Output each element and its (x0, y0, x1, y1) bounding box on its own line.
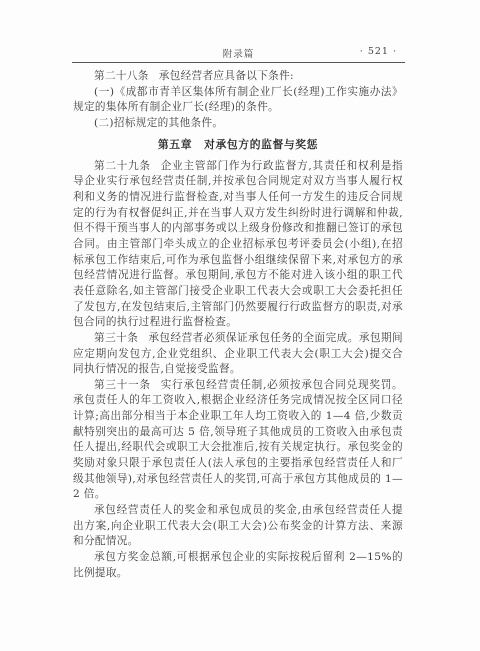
chapter-title: 对承包方的监督与奖惩 (204, 138, 318, 151)
header-rule (72, 62, 405, 63)
article-28-item-2: (二)招标规定的其他条件。 (73, 116, 403, 132)
article-label: 第三十一条 (94, 379, 151, 391)
article-label: 第三十条 (94, 332, 138, 344)
chapter-number: 第五章 (158, 138, 192, 151)
running-header: 附录篇 · 521 · (72, 44, 405, 60)
article-text: 实行承包经营责任制,必须按承包合同兑现奖罚。承包责任人的年工资收入,根据企业经济… (73, 379, 403, 501)
article-text: 企业主管部门作为行政监督方,其责任和权利是指导企业实行承包经营责任制,并按承包合… (73, 160, 403, 329)
article-28: 第二十八条承包经营者应具备以下条件: (73, 69, 403, 85)
article-label: 第二十八条 (94, 70, 149, 82)
article-text: 承包经营者应具备以下条件: (159, 70, 294, 82)
article-31: 第三十一条实行承包经营责任制,必须按承包合同兑现奖罚。承包责任人的年工资收入,根… (73, 378, 403, 503)
paragraph-bonus-total: 承包方奖金总额,可根据承包企业的实际按税后留利 2—15%的比例提取。 (73, 550, 403, 581)
article-28-item-1: (一)《成都市青羊区集体所有制企业厂长(经理)工作实施办法》规定的集体所有制企业… (73, 85, 403, 116)
article-label: 第二十九条 (94, 160, 151, 172)
page-number: · 521 · (360, 46, 397, 57)
body-text: 第二十八条承包经营者应具备以下条件: (一)《成都市青羊区集体所有制企业厂长(经… (73, 69, 403, 581)
document-page: 附录篇 · 521 · 第二十八条承包经营者应具备以下条件: (一)《成都市青羊… (0, 0, 480, 651)
running-title: 附录篇 (72, 46, 405, 60)
chapter-heading: 第五章对承包方的监督与奖惩 (73, 138, 403, 152)
paragraph-bonus-plan: 承包经营责任人的奖金和承包成员的奖金,由承包经营责任人提出方案,向企业职工代表大… (73, 503, 403, 550)
article-29: 第二十九条企业主管部门作为行政监督方,其责任和权利是指导企业实行承包经营责任制,… (73, 159, 403, 331)
article-30: 第三十条承包经营者必须保证承包任务的全面完成。承包期间应定期向发包方,企业党组织… (73, 331, 403, 378)
